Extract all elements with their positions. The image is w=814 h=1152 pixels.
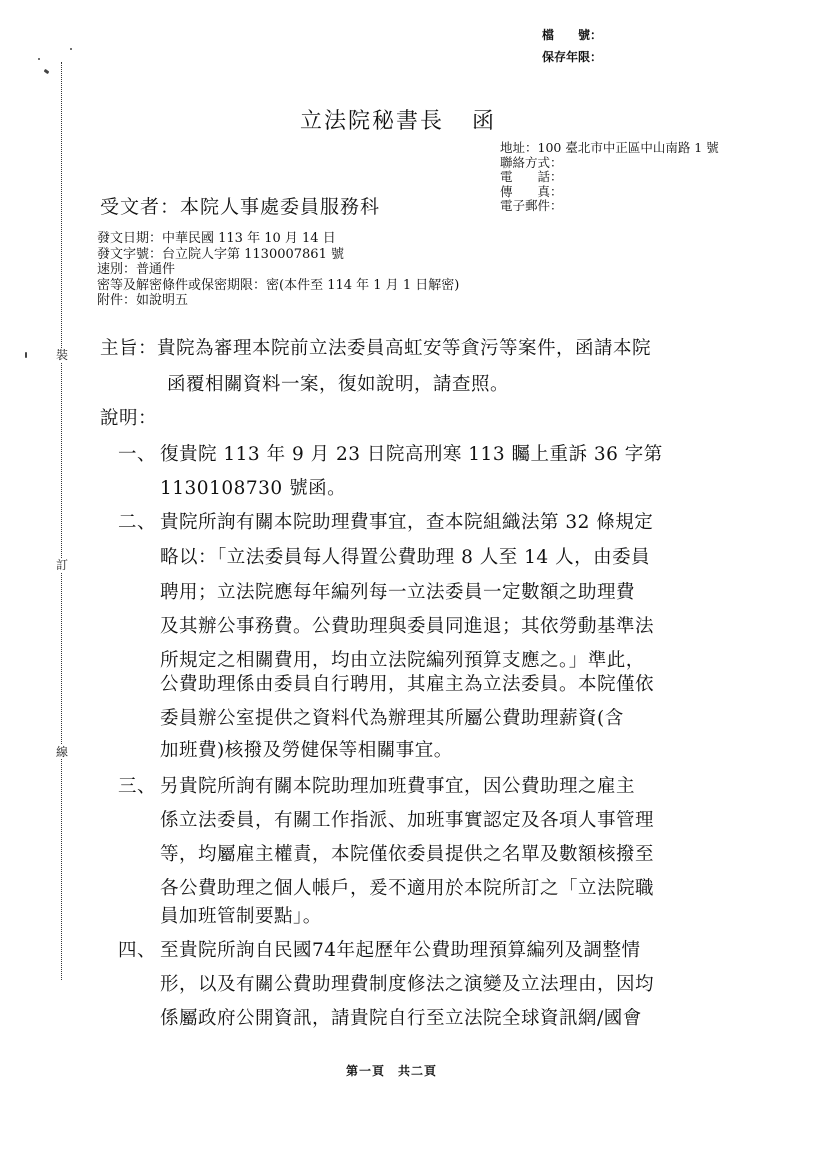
address: 地址：100 臺北市中正區中山南路 1 號 [500, 141, 719, 156]
binding-mark-ding: 訂 [54, 558, 70, 572]
file-number-label: 檔 號： [542, 24, 602, 46]
scan-speck [38, 58, 40, 60]
item-number: 二、 [118, 508, 156, 534]
item-line: 等，均屬雇主權責，本院僅依委員提供之名單及數額核撥至 [160, 840, 654, 866]
item-number: 一、 [118, 440, 156, 466]
issue-number: 發文字號：台立院人字第 1130007861 號 [97, 247, 459, 263]
item-line: 至貴院所詢自民國74年起歷年公費助理預算編列及調整情 [160, 936, 641, 962]
binding-mark-zhuang: 裝 [54, 348, 70, 362]
item-line: 員加班管制要點」。 [160, 902, 322, 928]
scan-speck [44, 69, 50, 74]
email: 電子郵件： [500, 199, 719, 214]
address-block: 地址：100 臺北市中正區中山南路 1 號 聯絡方式： 電 話： 傳 真： 電子… [500, 141, 719, 214]
item-line: 各公費助理之個人帳戶，爰不適用於本院所訂之「立法院職 [160, 874, 654, 900]
contact-method: 聯絡方式： [500, 156, 719, 171]
page-title: 立法院秘書長函 [300, 104, 496, 135]
item-number: 三、 [118, 772, 156, 798]
subject-line: 主旨：貴院為審理本院前立法委員高虹安等貪污等案件，函請本院 [100, 334, 651, 360]
item-line: 及其辦公事務費。公費助理與委員同進退；其依勞動基準法 [160, 612, 654, 638]
scan-speck [25, 352, 27, 358]
explanation-label: 說明： [100, 404, 157, 430]
meta-block: 發文日期：中華民國 113 年 10 月 14 日 發文字號：台立院人字第 11… [97, 231, 459, 309]
phone: 電 話： [500, 170, 719, 185]
item-line: 委員辦公室提供之資料代為辦理其所屬公費助理薪資(含 [160, 704, 624, 730]
item-line: 另貴院所詢有關本院助理加班費事宜，因公費助理之雇主 [160, 772, 635, 798]
subject-line: 函覆相關資料一案，復如說明，請查照。 [167, 370, 509, 396]
classification: 密等及解密條件或保密期限：密(本件至 114 年 1 月 1 日解密) [97, 278, 459, 294]
item-line: 公費助理係由委員自行聘用，其雇主為立法委員。本院僅依 [160, 670, 654, 696]
item-line: 係立法委員，有關工作指派、加班事實認定及各項人事管理 [160, 806, 654, 832]
item-number: 四、 [118, 936, 156, 962]
item-line: 形，以及有關公費助理費制度修法之演變及立法理由，因均 [160, 970, 654, 996]
title-type: 函 [472, 109, 496, 134]
retention-label: 保存年限： [542, 46, 602, 68]
filing-block: 檔 號： 保存年限： [542, 24, 602, 68]
item-line: 略以：「立法委員每人得置公費助理 8 人至 14 人，由委員 [160, 543, 650, 569]
item-line: 加班費)核撥及勞健保等相關事宜。 [160, 736, 453, 762]
binding-line [61, 62, 62, 980]
attachment: 附件：如說明五 [97, 293, 459, 309]
fax: 傳 真： [500, 185, 719, 200]
speed: 速別：普通件 [97, 262, 459, 278]
scan-speck [70, 48, 72, 50]
binding-mark-xian: 線 [54, 745, 70, 759]
recipient: 受文者：本院人事處委員服務科 [100, 192, 380, 219]
issue-date: 發文日期：中華民國 113 年 10 月 14 日 [97, 231, 459, 247]
item-line: 係屬政府公開資訊，請貴院自行至立法院全球資訊網/國會 [160, 1004, 642, 1030]
item-line: 所規定之相關費用，均由立法院編列預算支應之。」準此， [160, 646, 645, 672]
title-issuer: 立法院秘書長 [300, 109, 444, 134]
item-line: 1130108730 號函。 [160, 474, 346, 500]
page-indicator: 第一頁 共二頁 [346, 1062, 437, 1079]
item-line: 貴院所詢有關本院助理費事宜，查本院組織法第 32 條規定 [160, 508, 653, 534]
item-line: 聘用；立法院應每年編列每一立法委員一定數額之助理費 [160, 578, 635, 604]
item-line: 復貴院 113 年 9 月 23 日院高刑寒 113 矚上重訴 36 字第 [160, 440, 663, 466]
